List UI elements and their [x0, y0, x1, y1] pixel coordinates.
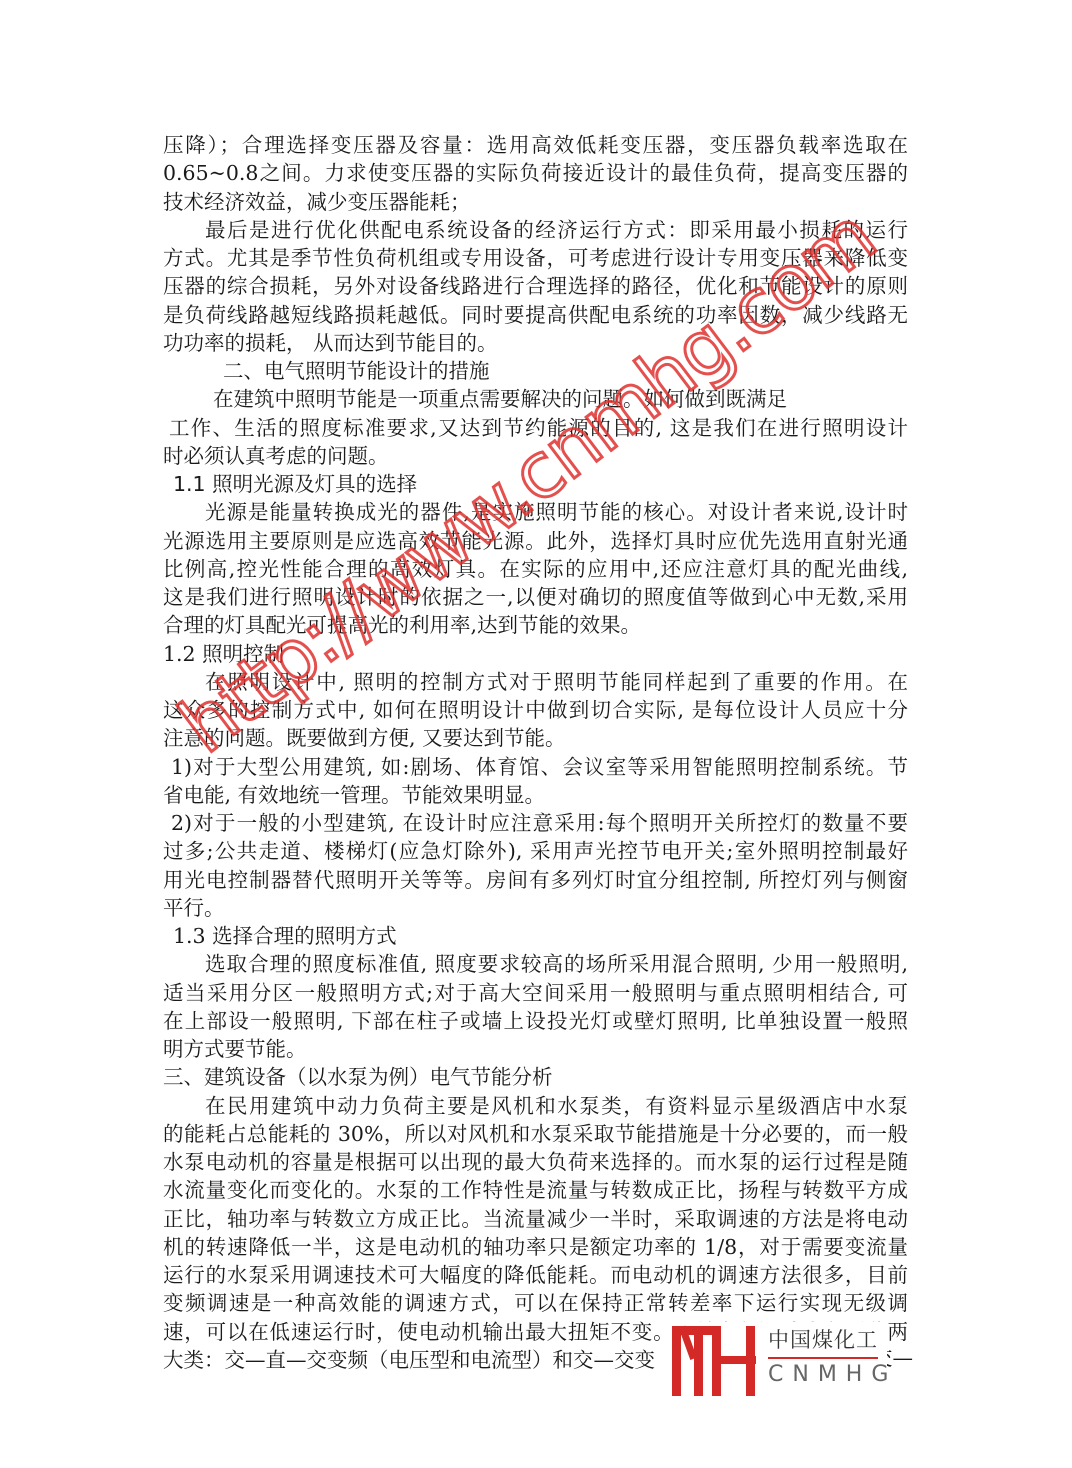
text-line: 三、建筑设备（以水泵为例）电气节能分析 [163, 1063, 908, 1091]
text-line: 在照明设计中, 照明的控制方式对于照明节能同样起到了重要的作用。在 [205, 668, 908, 696]
text-line: 的能耗占总能耗的 30%，所以对风机和水泵采取节能措施是十分必要的，而一般 [163, 1120, 908, 1148]
logo-divider [768, 1357, 878, 1359]
text-line: 光源是能量转换成光的器件,是实施照明节能的核心。对设计者来说,设计时 [205, 498, 908, 526]
text-line: 技术经济效益，减少变压器能耗； [163, 188, 908, 216]
text-line: 这是我们进行照明设计时的依据之一,以便对确切的照度值等做到心中无数,采用 [163, 583, 908, 611]
text-line: 时必须认真考虑的问题。 [163, 442, 908, 470]
text-line: 比例高,控光性能合理的高效灯具。在实际的应用中,还应注意灯具的配光曲线, [163, 555, 908, 583]
text-line: 在上部设一般照明, 下部在柱子或墙上设投光灯或壁灯照明, 比单独设置一般照 [163, 1007, 908, 1035]
text-line: 1)对于大型公用建筑, 如:剧场、体育馆、会议室等采用智能照明控制系统。节 [171, 753, 908, 781]
document-page: 压降）；合理选择变压器及容量：选用高效低耗变压器，变压器负载率选取在0.65~0… [0, 0, 1072, 1468]
text-line: 变频调速是一种高效能的调速方式，可以在保持正常转差率下运行实现无级调 [163, 1289, 908, 1317]
text-line: 合理的灯具配光可提高光的利用率,达到节能的效果。 [163, 611, 908, 639]
text-line: 2)对于一般的小型建筑, 在设计时应注意采用:每个照明开关所控灯的数量不要 [171, 809, 908, 837]
text-line: 机的转速降低一半，这是电动机的轴功率只是额定功率的 1/8，对于需要变流量 [163, 1233, 908, 1261]
logo-english-name: CNMHG [768, 1362, 897, 1387]
text-line: 1.2 照明控制 [163, 640, 908, 668]
text-line: 明方式要节能。 [163, 1035, 908, 1063]
mh-logo-icon [672, 1322, 758, 1398]
text-line: 水泵电动机的容量是根据可以出现的最大负荷来选择的。而水泵的运行过程是随 [163, 1148, 908, 1176]
text-line: 1.1 照明光源及灯具的选择 [173, 470, 908, 498]
text-line: 选取合理的照度标准值, 照度要求较高的场所采用混合照明, 少用一般照明, [205, 950, 908, 978]
text-line: 功功率的损耗， 从而达到节能目的。 [163, 329, 908, 357]
text-line: 在建筑中照明节能是一项重点需要解决的问题。如何做到既满足 [213, 385, 908, 413]
text-line: 正比，轴功率与转数立方成正比。当流量减少一半时，采取调速的方法是将电动 [163, 1205, 908, 1233]
text-line: 压器的综合损耗，另外对设备线路进行合理选择的路径，优化和节能设计的原则 [163, 272, 908, 300]
text-line: 0.65~0.8之间。力求使变压器的实际负荷接近设计的最佳负荷，提高变压器的 [163, 159, 908, 187]
text-line: 这众多的控制方式中, 如何在照明设计中做到切合实际, 是每位设计人员应十分 [163, 696, 908, 724]
text-line: 过多;公共走道、楼梯灯(应急灯除外), 采用声光控节电开关;室外照明控制最好 [163, 837, 908, 865]
text-line: 适当采用分区一般照明方式;对于高大空间采用一般照明与重点照明相结合, 可 [163, 979, 908, 1007]
text-line: 水流量变化而变化的。水泵的工作特性是流量与转数成正比，扬程与转数平方成 [163, 1176, 908, 1204]
text-line: 注意的问题。既要做到方便, 又要达到节能。 [163, 724, 908, 752]
text-line: 压降）；合理选择变压器及容量：选用高效低耗变压器，变压器负载率选取在 [163, 131, 908, 159]
text-line: 省电能, 有效地统一管理。节能效果明显。 [163, 781, 908, 809]
text-line: 运行的水泵采用调速技术可大幅度的降低能耗。而电动机的调速方法很多，目前 [163, 1261, 908, 1289]
text-line: 1.3 选择合理的照明方式 [173, 922, 908, 950]
logo-chinese-name: 中国煤化工 [768, 1324, 878, 1354]
text-line: 是负荷线路越短线路损耗越低。同时要提高供配电系统的功率因数，减少线路无 [163, 301, 908, 329]
text-line: 光源选用主要原则是应选高效节能光源。此外，选择灯具时应优先选用直射光通 [163, 527, 908, 555]
text-line: 平行。 [163, 894, 908, 922]
text-line: 工作、生活的照度标准要求,又达到节约能源的目的, 这是我们在进行照明设计 [169, 414, 908, 442]
text-line: 方式。尤其是季节性负荷机组或专用设备，可考虑进行设计专用变压器来降低变 [163, 244, 908, 272]
cnmhg-logo: 中国煤化工 CNMHG [672, 1322, 887, 1398]
text-line: 在民用建筑中动力负荷主要是风机和水泵类，有资料显示星级酒店中水泵 [205, 1092, 908, 1120]
text-line: 二、电气照明节能设计的措施 [223, 357, 908, 385]
text-line: 用光电控制器替代照明开关等等。房间有多列灯时宜分组控制, 所控灯列与侧窗 [163, 866, 908, 894]
text-line: 最后是进行优化供配电系统设备的经济运行方式：即采用最小损耗的运行 [205, 216, 908, 244]
